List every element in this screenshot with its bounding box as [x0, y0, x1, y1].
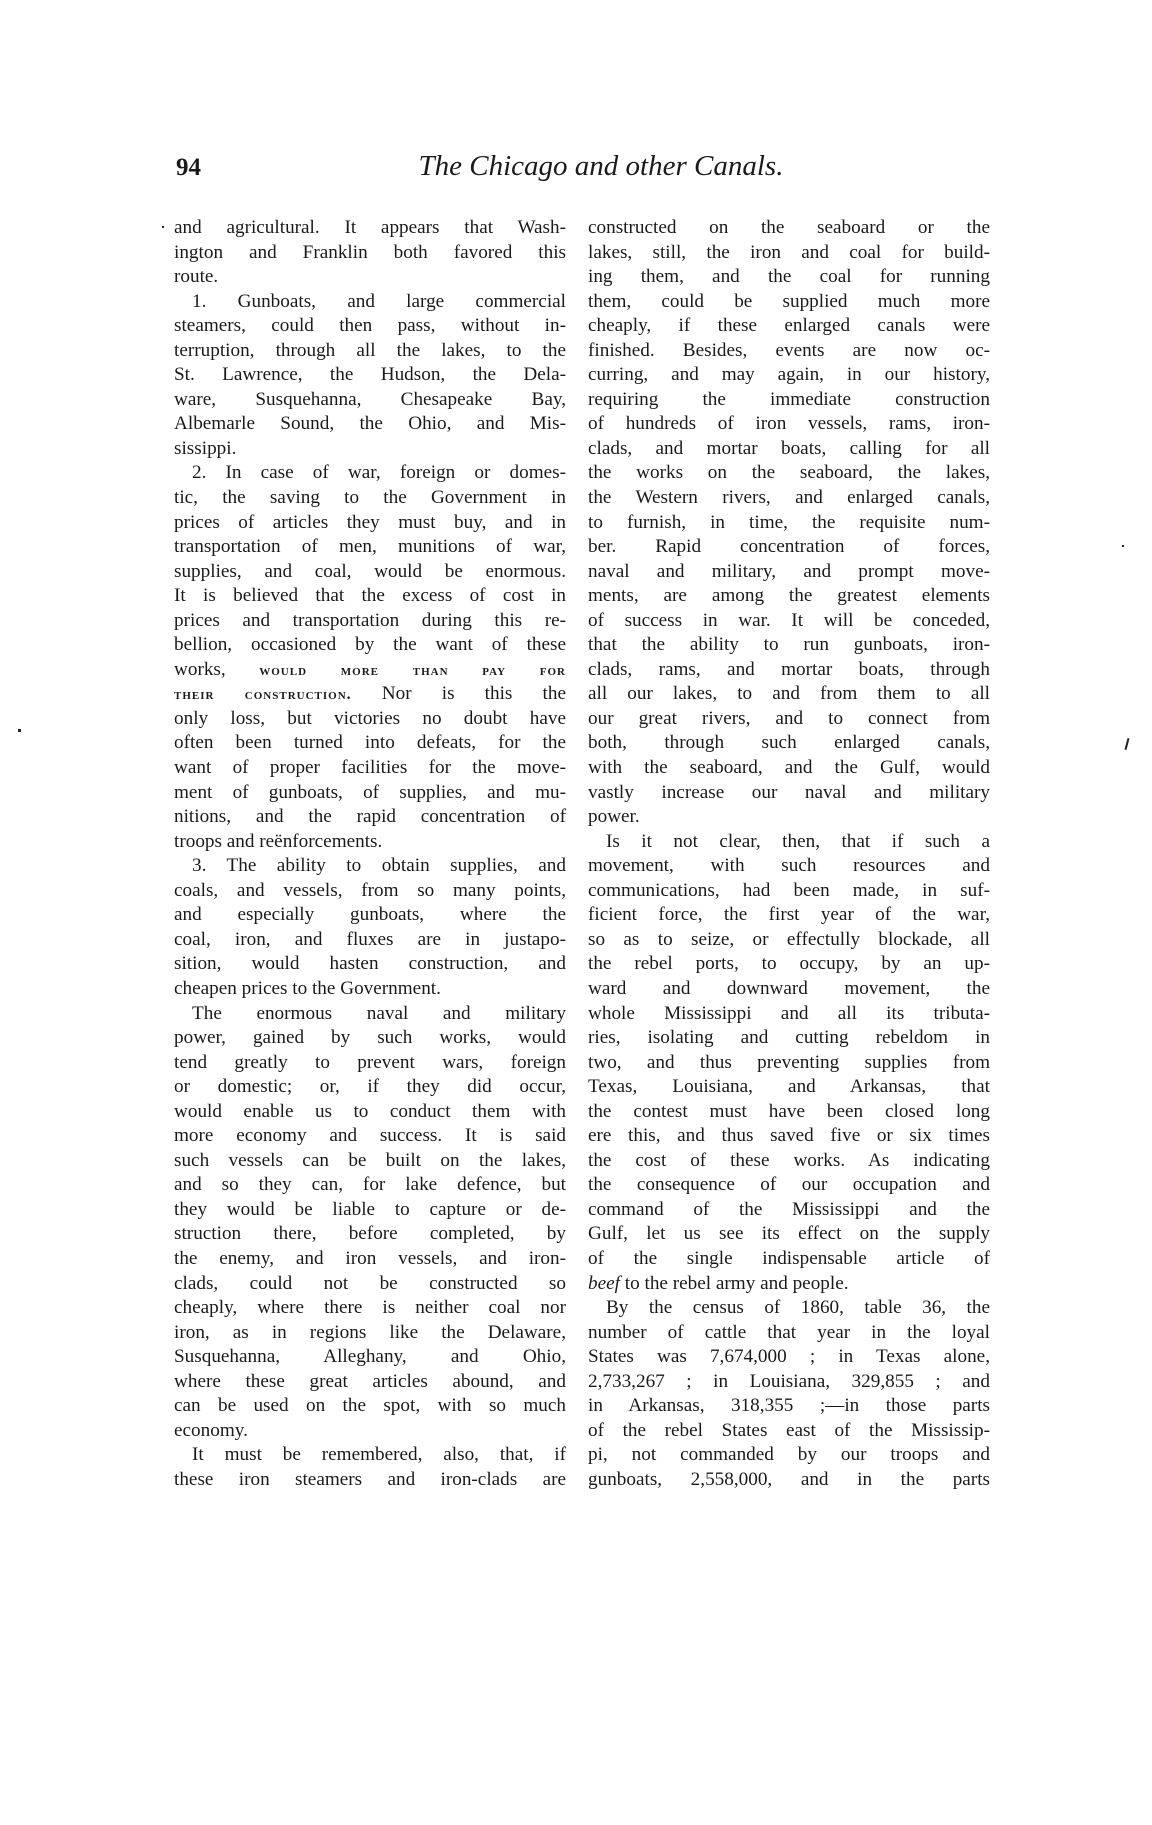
- text-line: number of cattle that year in the loyal: [588, 1321, 990, 1346]
- text-line: such vessels can be built on the lakes,: [174, 1149, 566, 1174]
- text-line: all our lakes, to and from them to all: [588, 682, 990, 707]
- text-line: or domestic; or, if they did occur,: [174, 1075, 566, 1100]
- text-line: coals, and vessels, from so many points,: [174, 879, 566, 904]
- text-line: the enemy, and iron vessels, and iron-: [174, 1247, 566, 1272]
- text-line: often been turned into defeats, for the: [174, 731, 566, 756]
- right-text-column: constructed on the seaboard or thelakes,…: [588, 216, 990, 1492]
- text-line: ington and Franklin both favored this: [174, 241, 566, 266]
- text-line: where these great articles abound, and: [174, 1370, 566, 1395]
- text-line: struction there, before completed, by: [174, 1222, 566, 1247]
- text-line: sition, would hasten construction, and: [174, 952, 566, 977]
- left-text-column: and agricultural. It appears that Wash-i…: [174, 216, 566, 1492]
- text-line: beef to the rebel army and people.: [588, 1272, 990, 1297]
- text-line: tend greatly to prevent wars, foreign: [174, 1051, 566, 1076]
- text-line: movement, with such resources and: [588, 854, 990, 879]
- text-line: the consequence of our occupation and: [588, 1173, 990, 1198]
- text-line: and agricultural. It appears that Wash-: [174, 216, 566, 241]
- text-line: cheapen prices to the Government.: [174, 977, 566, 1002]
- text-line: whole Mississippi and all its tributa-: [588, 1002, 990, 1027]
- text-line: the cost of these works. As indicating: [588, 1149, 990, 1174]
- text-line: finished. Besides, events are now oc-: [588, 339, 990, 364]
- text-line: steamers, could then pass, without in-: [174, 314, 566, 339]
- text-line: only loss, but victories no doubt have: [174, 707, 566, 732]
- scan-speck: [162, 226, 164, 228]
- text-line: St. Lawrence, the Hudson, the Dela-: [174, 363, 566, 388]
- text-line: iron, as in regions like the Delaware,: [174, 1321, 566, 1346]
- text-line: ward and downward movement, the: [588, 977, 990, 1002]
- text-line: can be used on the spot, with so much: [174, 1394, 566, 1419]
- text-line: the Western rivers, and enlarged canals,: [588, 486, 990, 511]
- text-line: want of proper facilities for the move-: [174, 756, 566, 781]
- text-line: ments, are among the greatest elements: [588, 584, 990, 609]
- text-line: to furnish, in time, the requisite num-: [588, 511, 990, 536]
- text-line: 2. In case of war, foreign or domes-: [174, 461, 566, 486]
- text-line: power.: [588, 805, 990, 830]
- text-line: cheaply, where there is neither coal nor: [174, 1296, 566, 1321]
- text-line: constructed on the seaboard or the: [588, 216, 990, 241]
- text-line: 2,733,267 ; in Louisiana, 329,855 ; and: [588, 1370, 990, 1395]
- text-line: ere this, and thus saved five or six tim…: [588, 1124, 990, 1149]
- text-line: sissippi.: [174, 437, 566, 462]
- text-line: supplies, and coal, would be enormous.: [174, 560, 566, 585]
- text-line: these iron steamers and iron-clads are: [174, 1468, 566, 1493]
- text-line: lakes, still, the iron and coal for buil…: [588, 241, 990, 266]
- text-line: clads, rams, and mortar boats, through: [588, 658, 990, 683]
- text-line: our great rivers, and to connect from: [588, 707, 990, 732]
- text-line: ber. Rapid concentration of forces,: [588, 535, 990, 560]
- text-line: more economy and success. It is said: [174, 1124, 566, 1149]
- text-line: It must be remembered, also, that, if: [174, 1443, 566, 1468]
- text-line: with the seaboard, and the Gulf, would: [588, 756, 990, 781]
- text-line: vastly increase our naval and military: [588, 781, 990, 806]
- text-line: of the rebel States east of the Mississi…: [588, 1419, 990, 1444]
- text-line: ing them, and the coal for running: [588, 265, 990, 290]
- text-line: Albemarle Sound, the Ohio, and Mis-: [174, 412, 566, 437]
- text-line: both, through such enlarged canals,: [588, 731, 990, 756]
- text-line: Is it not clear, then, that if such a: [588, 830, 990, 855]
- text-line: communications, had been made, in suf-: [588, 879, 990, 904]
- text-line: nitions, and the rapid concentration of: [174, 805, 566, 830]
- text-line: command of the Mississippi and the: [588, 1198, 990, 1223]
- text-line: the works on the seaboard, the lakes,: [588, 461, 990, 486]
- text-line: of hundreds of iron vessels, rams, iron-: [588, 412, 990, 437]
- text-line: coal, iron, and fluxes are in justapo-: [174, 928, 566, 953]
- text-line: transportation of men, munitions of war,: [174, 535, 566, 560]
- text-line: route.: [174, 265, 566, 290]
- text-line: their construction. Nor is this the: [174, 682, 566, 707]
- text-line: Susquehanna, Alleghany, and Ohio,: [174, 1345, 566, 1370]
- text-line: Texas, Louisiana, and Arkansas, that: [588, 1075, 990, 1100]
- text-line: States was 7,674,000 ; in Texas alone,: [588, 1345, 990, 1370]
- text-line: works, would more than pay for: [174, 658, 566, 683]
- text-line: requiring the immediate construction: [588, 388, 990, 413]
- text-line: the contest must have been closed long: [588, 1100, 990, 1125]
- text-line: bellion, occasioned by the want of these: [174, 633, 566, 658]
- text-line: ware, Susquehanna, Chesapeake Bay,: [174, 388, 566, 413]
- text-line: of success in war. It will be conceded,: [588, 609, 990, 634]
- page-header: 94 The Chicago and other Canals.: [176, 150, 996, 190]
- text-line: power, gained by such works, would: [174, 1026, 566, 1051]
- text-line: Gulf, let us see its effect on the suppl…: [588, 1222, 990, 1247]
- text-line: ment of gunboats, of supplies, and mu-: [174, 781, 566, 806]
- running-title: The Chicago and other Canals.: [176, 150, 996, 183]
- text-line: economy.: [174, 1419, 566, 1444]
- text-line: the rebel ports, to occupy, by an up-: [588, 952, 990, 977]
- text-line: ries, isolating and cutting rebeldom in: [588, 1026, 990, 1051]
- scan-speck: [18, 729, 21, 732]
- scan-speck: [1122, 545, 1124, 547]
- text-line: and so they can, for lake defence, but: [174, 1173, 566, 1198]
- text-line: so as to seize, or effectully blockade, …: [588, 928, 990, 953]
- text-line: would enable us to conduct them with: [174, 1100, 566, 1125]
- text-line: The enormous naval and military: [174, 1002, 566, 1027]
- text-line: them, could be supplied much more: [588, 290, 990, 315]
- text-line: troops and reënforcements.: [174, 830, 566, 855]
- text-line: that the ability to run gunboats, iron-: [588, 633, 990, 658]
- text-line: cheaply, if these enlarged canals were: [588, 314, 990, 339]
- text-line: prices and transportation during this re…: [174, 609, 566, 634]
- text-line: 1. Gunboats, and large commercial: [174, 290, 566, 315]
- text-line: and especially gunboats, where the: [174, 903, 566, 928]
- text-line: clads, and mortar boats, calling for all: [588, 437, 990, 462]
- text-line: pi, not commanded by our troops and: [588, 1443, 990, 1468]
- text-line: It is believed that the excess of cost i…: [174, 584, 566, 609]
- text-line: gunboats, 2,558,000, and in the parts: [588, 1468, 990, 1493]
- text-line: terruption, through all the lakes, to th…: [174, 339, 566, 364]
- text-line: tic, the saving to the Government in: [174, 486, 566, 511]
- scan-mark: [1124, 738, 1129, 750]
- text-line: 3. The ability to obtain supplies, and: [174, 854, 566, 879]
- text-line: By the census of 1860, table 36, the: [588, 1296, 990, 1321]
- text-line: they would be liable to capture or de-: [174, 1198, 566, 1223]
- text-line: in Arkansas, 318,355 ;—in those parts: [588, 1394, 990, 1419]
- text-line: naval and military, and prompt move-: [588, 560, 990, 585]
- text-line: curring, and may again, in our history,: [588, 363, 990, 388]
- text-line: prices of articles they must buy, and in: [174, 511, 566, 536]
- text-line: clads, could not be constructed so: [174, 1272, 566, 1297]
- text-line: of the single indispensable article of: [588, 1247, 990, 1272]
- text-line: two, and thus preventing supplies from: [588, 1051, 990, 1076]
- text-line: ficient force, the first year of the war…: [588, 903, 990, 928]
